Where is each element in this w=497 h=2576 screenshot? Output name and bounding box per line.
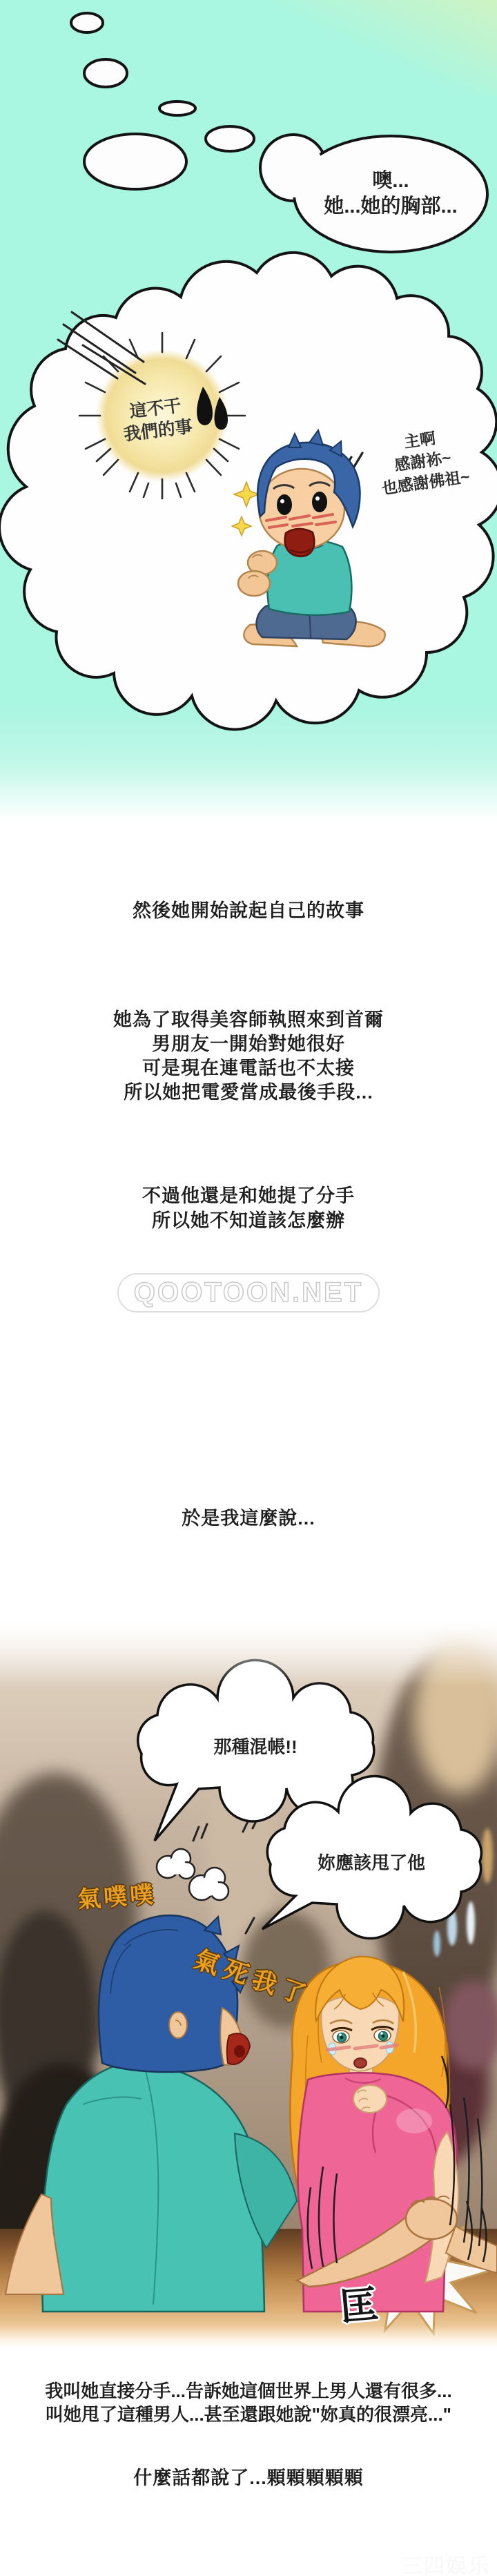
sfx-slam-text: 匡 (338, 2274, 381, 2333)
narration-paragraph: 然後她開始說起自己的故事 (0, 899, 497, 923)
thought-bubble-icon (159, 101, 195, 115)
narration-paragraph: 她為了取得美容師執照來到首爾 男朋友一開始對她很好 可是現在連電話也不太接 所以… (0, 1008, 497, 1105)
shout-bubble-text: 噢... 她...她的胸部... (294, 168, 487, 220)
thought-bubble-icon (206, 126, 254, 151)
panel-fade (0, 1621, 497, 1687)
speech-bubble-a-text: 那種混帳!! (169, 1733, 342, 1759)
site-watermark: QOOTOON.NET (0, 1273, 497, 1313)
comic-page: 噢... 她...她的胸部... 這不干 我們的事 主啊 感謝袮~ 也感謝佛祖~… (0, 0, 497, 2576)
narration-paragraph: 於是我這麼說... (0, 1507, 497, 1531)
slamming-fist (406, 2199, 457, 2239)
narration-paragraph: 我叫她直接分手...告訴她這個世界上男人還有很多... 叫她甩了這種男人...甚… (0, 2379, 497, 2426)
daydream-artwork (0, 0, 497, 822)
daydream-panel: 噢... 她...她的胸部... 這不干 我們的事 主啊 感謝袮~ 也感謝佛祖~ (0, 0, 497, 822)
thought-bubble-icon (84, 59, 127, 87)
thought-bubble-icon (71, 13, 103, 32)
speech-bubble-b-text: 妳應該甩了他 (289, 1849, 454, 1875)
narration-paragraph: 不過他還是和她提了分手 所以她不知道該怎麼辦 (0, 1183, 497, 1233)
panel-fade (0, 2325, 497, 2352)
sfx-fume-text: 氣噗噗 (76, 1875, 157, 1915)
narration-paragraph: 什麼話都說了...顆顆顆顆顆 (0, 2466, 497, 2490)
bar-scene-panel: 那種混帳!! 妳應該甩了他 氣噗噗 氣死我了 匡 (0, 1621, 497, 2352)
thought-bubble-icon (84, 134, 186, 189)
publisher-watermark: 三四娱乐 (402, 2549, 490, 2576)
